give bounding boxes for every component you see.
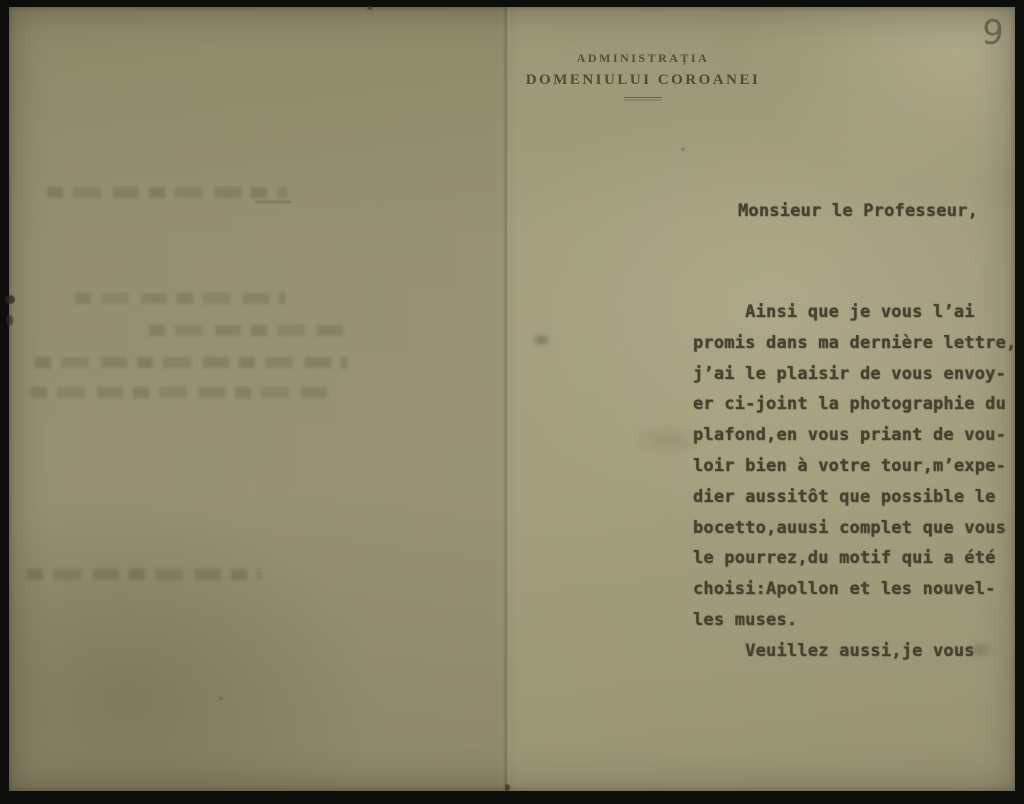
paper-stain	[963, 639, 997, 661]
ink-speck	[219, 697, 223, 700]
letterhead: ADMINISTRAȚIA DOMENIULUI COROANEI	[463, 51, 823, 101]
bleedthrough-smudge	[35, 357, 347, 368]
bleedthrough-underline	[255, 201, 291, 203]
ink-speck	[505, 784, 510, 791]
bleedthrough-smudge	[27, 569, 262, 580]
paper-stain	[617, 415, 717, 465]
letter-body-line: plafond,en vous priant de vou-	[693, 420, 1016, 451]
letterhead-line1: ADMINISTRAȚIA	[463, 51, 823, 66]
letter-body-line: j’ai le plaisir de vous envoy-	[693, 359, 1016, 390]
letter-body-line: promis dans ma dernière lettre,	[693, 328, 1016, 359]
letter-body-line: le pourrez,du motif qui a été	[693, 543, 1016, 574]
letter-body-line: Ainsi que je vous l’ai	[693, 297, 1016, 328]
letter-paper: ADMINISTRAȚIA DOMENIULUI COROANEI 9 Mons…	[9, 7, 1015, 791]
letterhead-ornament-rule	[624, 97, 662, 101]
ink-speck	[367, 5, 373, 10]
bleedthrough-smudge	[47, 187, 287, 198]
bleedthrough-smudge	[149, 325, 349, 336]
letter-body-line: les muses.	[693, 605, 1016, 636]
letter-body-line: bocetto,auusi complet que vous	[693, 513, 1016, 544]
letterhead-line2: DOMENIULUI COROANEI	[463, 72, 823, 89]
page-number-annotation: 9	[981, 12, 1005, 53]
letter-body-line: dier aussitôt que possible le	[693, 482, 1016, 513]
paper-stain	[528, 331, 554, 349]
ink-speck	[5, 295, 15, 304]
bleedthrough-smudge	[75, 293, 285, 304]
bleedthrough-smudge	[31, 387, 336, 398]
letter-body-line: choisi:Apollon et les nouvel-	[693, 574, 1016, 605]
ink-speck	[6, 315, 13, 326]
letter-body-line: loir bien à votre tour,m’expe-	[693, 451, 1016, 482]
letter-body: Ainsi que je vous l’ai promis dans ma de…	[693, 297, 1016, 667]
letter-body-line: er ci-joint la photographie du	[693, 389, 1016, 420]
center-fold-crease	[501, 7, 511, 791]
scan-background: ADMINISTRAȚIA DOMENIULUI COROANEI 9 Mons…	[0, 0, 1024, 804]
ink-speck	[681, 147, 685, 151]
letter-salutation: Monsieur le Professeur,	[738, 201, 978, 221]
